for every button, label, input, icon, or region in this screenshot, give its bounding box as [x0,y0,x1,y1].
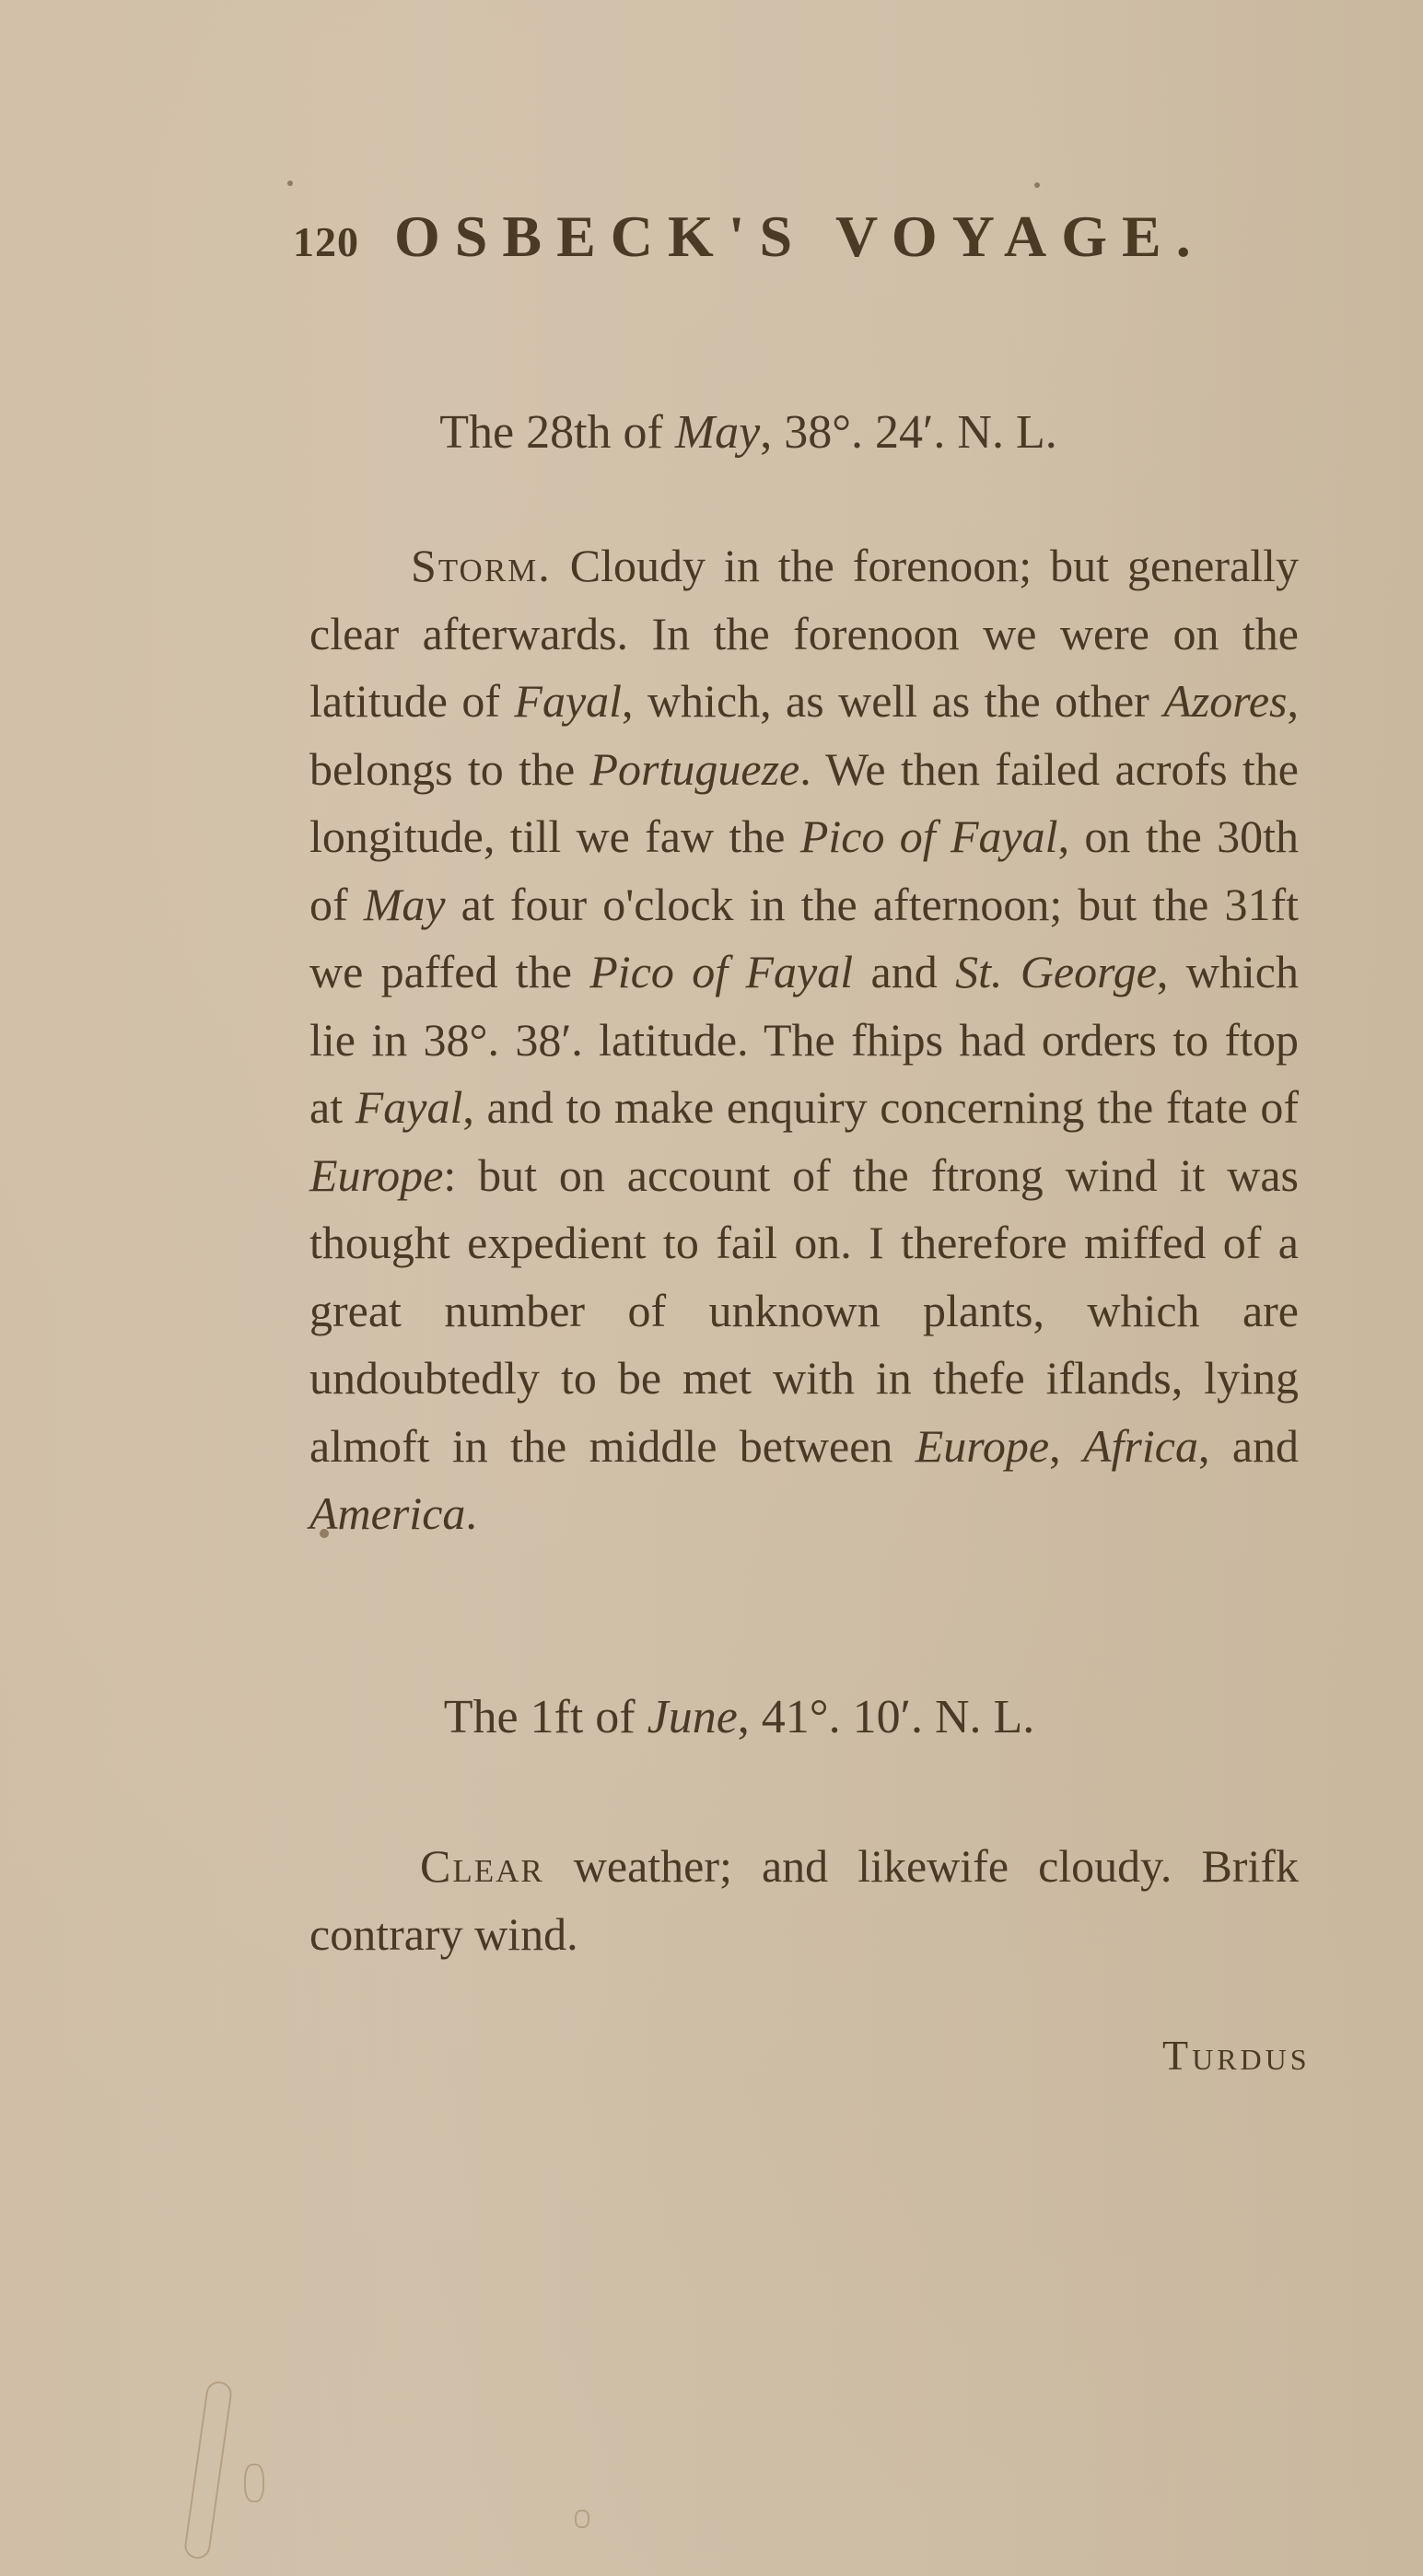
ink-speck [287,181,293,186]
date-prefix: The 28th of [439,406,675,459]
italic-proper-noun: Portugueze [590,743,800,795]
italic-proper-noun: May [364,879,446,930]
italic-proper-noun: Pico of Fayal [589,946,853,997]
text-run: , which, as well as the other [622,675,1163,727]
italic-proper-noun: Europe [916,1420,1049,1472]
paper-stain [244,2464,264,2502]
ink-speck [320,1529,329,1538]
book-page: 120 OSBECK'S VOYAGE. The 28th of May, 38… [0,0,1423,2576]
running-title: OSBECK'S VOYAGE. [394,203,1206,271]
text-run: and [853,946,955,997]
italic-proper-noun: Azores [1163,675,1287,727]
date-latitude: , 38°. 24′. N. L. [760,406,1057,459]
paragraph-body: Cloudy in the forenoon; but generally cl… [309,540,1299,1539]
paper-stain [183,2380,234,2560]
running-head: 120 OSBECK'S VOYAGE. [293,203,1306,271]
paragraph-lead-word: Clear [420,1840,544,1892]
italic-proper-noun: Africa [1083,1420,1198,1472]
date-month: June [647,1691,738,1743]
italic-proper-noun: Pico of Fayal [800,810,1058,862]
entry-paragraph: Storm. Cloudy in the forenoon; but gener… [309,532,1299,1548]
entry-paragraph: Clear weather; and likewife cloudy. Brif… [309,1833,1299,1968]
date-prefix: The 1ft of [444,1691,647,1743]
text-run: , and to make enquiry concerning the fta… [462,1081,1299,1133]
italic-proper-noun: Fayal [356,1081,463,1133]
text-run: , and [1198,1420,1299,1472]
italic-proper-noun: St. George [955,946,1157,997]
date-month: May [675,406,760,459]
italic-proper-noun: Europe [309,1149,443,1201]
entry-date-heading: The 28th of May, 38°. 24′. N. L. [37,405,1423,460]
catchword: Turdus [1162,2031,1311,2080]
text-run: , [1049,1420,1083,1472]
date-latitude: , 41°. 10′. N. L. [738,1691,1035,1743]
italic-proper-noun: America [309,1487,465,1539]
text-run: . [465,1487,477,1539]
page-number: 120 [293,217,359,266]
ink-speck [1034,182,1040,188]
entry-date-heading: The 1ft of June, 41°. 10′. N. L. [28,1690,1423,1744]
paper-stain [575,2510,589,2528]
italic-proper-noun: Fayal [514,675,622,727]
paragraph-lead-word: Storm. [411,540,552,591]
